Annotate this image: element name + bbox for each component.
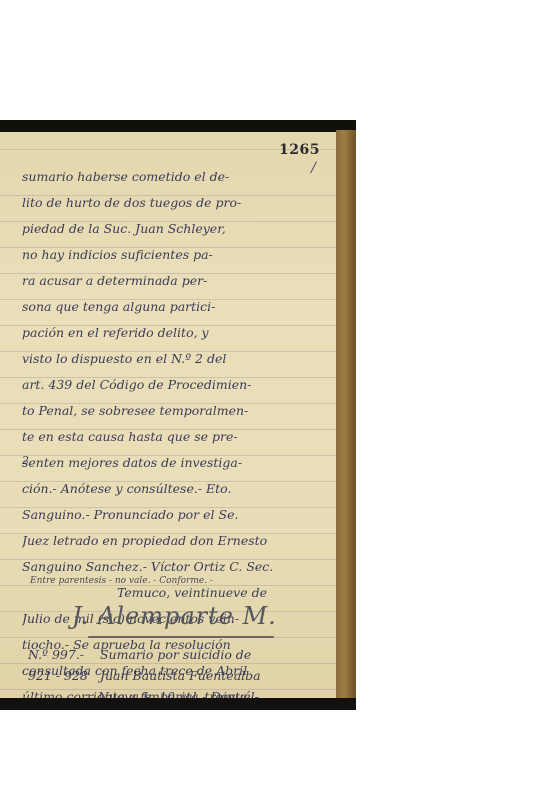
- scan-bottom-edge: [0, 698, 356, 710]
- text-line: sona que tenga alguna partici-: [22, 294, 322, 320]
- text-line: lito de hurto de dos tuegos de pro-: [22, 190, 322, 216]
- page-number: 1265: [279, 142, 320, 158]
- entry-text: Juan Bautista Fuentealba: [100, 668, 261, 683]
- text-line: Juez letrado en propiedad don Ernesto: [22, 528, 322, 554]
- margin-mark: 2: [22, 454, 29, 467]
- entry-text: Sumario por suicidio de: [100, 647, 251, 662]
- entry-row: 921 - 928 Juan Bautista Fuentealba: [28, 665, 328, 686]
- text-line: art. 439 del Código de Procedimien-: [22, 372, 322, 398]
- text-line: senten mejores datos de investiga-: [22, 450, 322, 476]
- text-line: ra acusar a determinada per-: [22, 268, 322, 294]
- text-line: sumario haberse cometido el de-: [22, 164, 322, 190]
- book-binding-edge: [336, 130, 356, 698]
- entry-number: N.º 997.-: [28, 644, 96, 665]
- entry-folios: 921 - 928: [28, 665, 96, 686]
- text-line: te en esta causa hasta que se pre-: [22, 424, 322, 450]
- signature: J. Alemparte M.: [72, 602, 277, 630]
- scanned-ledger: 1265 / sumario haberse cometido el de- l…: [0, 120, 356, 710]
- text-line: ción.- Anótese y consúltese.- Eto.: [22, 476, 322, 502]
- ledger-page: 1265 / sumario haberse cometido el de- l…: [0, 132, 336, 698]
- text-line: Sanguino.- Pronunciado por el Se.: [22, 502, 322, 528]
- text-line: pación en el referido delito, y: [22, 320, 322, 346]
- text-line: no hay indicios suficientes pa-: [22, 242, 322, 268]
- text-line: visto lo dispuesto en el N.º 2 del: [22, 346, 322, 372]
- annotation-note: Entre parentesis - no vale. - Conforme. …: [30, 576, 213, 586]
- entry-text: Nueva Imperial, treinta.: [28, 686, 328, 698]
- text-line: to Penal, se sobresee temporalmen-: [22, 398, 322, 424]
- text-line: piedad de la Suc. Juan Schleyer,: [22, 216, 322, 242]
- entry-row: N.º 997.- Sumario por suicidio de: [28, 644, 328, 665]
- next-entry: N.º 997.- Sumario por suicidio de 921 - …: [28, 644, 328, 698]
- scan-top-edge: [0, 120, 356, 132]
- signature-underline: [88, 636, 274, 638]
